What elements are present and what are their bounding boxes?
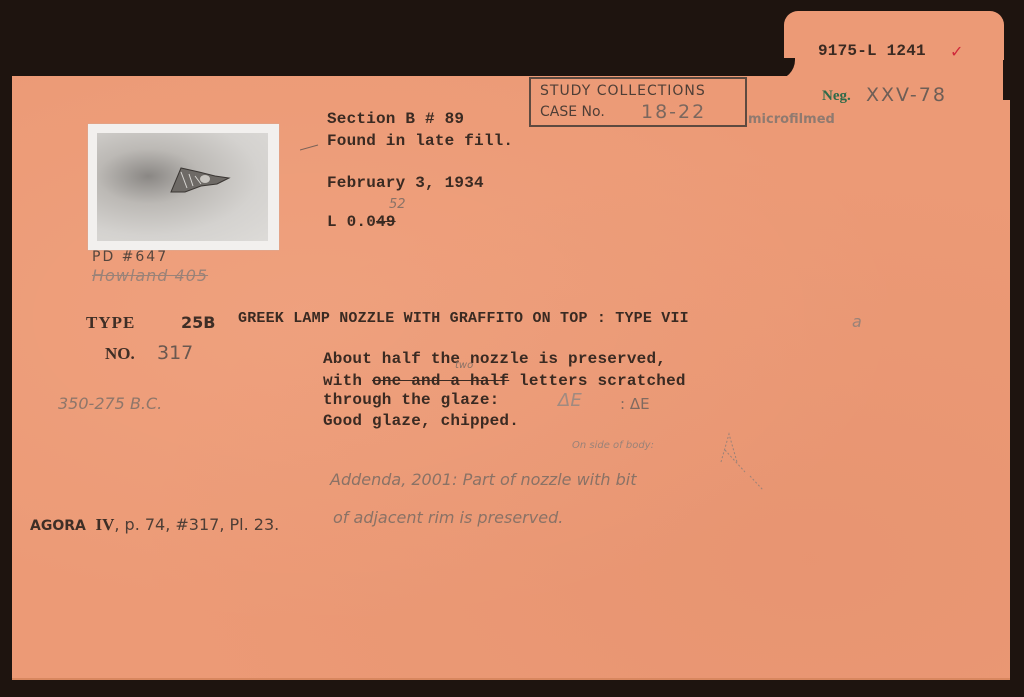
neg-label: Neg.	[822, 88, 851, 105]
desc-line2-a: with	[323, 372, 372, 390]
neg-number: XXV-78	[866, 84, 947, 106]
excavation-date: February 3, 1934	[327, 174, 484, 192]
insert-two: two	[455, 360, 473, 371]
desc-line2-b: letters scratched	[509, 372, 685, 390]
dimension-struck: 49	[376, 213, 396, 231]
description-line-2: with one and a half letters scratched	[323, 372, 686, 390]
object-title: GREEK LAMP NOZZLE WITH GRAFFITO ON TOP :…	[238, 310, 689, 327]
graffito-pointer-icon	[715, 432, 765, 492]
description-line-3: through the glaze:	[323, 391, 499, 409]
description-line-1: About half the nozzle is preserved,	[323, 350, 666, 368]
tab-cut	[1003, 60, 1024, 100]
addenda-line-2: of adjacent rim is preserved.	[333, 508, 563, 527]
stamp-case-label: CASE No.	[540, 104, 605, 120]
findspot: Found in late fill.	[327, 132, 513, 150]
dimension: L 0.049	[327, 213, 396, 231]
graffito-note: : ΔE	[620, 395, 650, 413]
object-photo	[88, 124, 279, 250]
section-number: Section B # 89	[327, 110, 464, 128]
study-collections-stamp: STUDY COLLECTIONS CASE No. 18-22	[529, 77, 747, 127]
pencil-mark-icon	[300, 142, 320, 152]
check-mark-icon: ✓	[950, 42, 963, 61]
no-label: NO.	[105, 344, 135, 364]
desc-line2-struck: one and a half	[372, 372, 509, 390]
type-value: 25B	[181, 313, 215, 332]
microfilmed-stamp: microfilmed	[748, 112, 835, 127]
catalog-number: 9175-L 1241	[818, 42, 926, 60]
addenda-line-1: Addenda, 2001: Part of nozzle with bit	[330, 470, 636, 489]
agora-page-ref: , p. 74, #317, Pl. 23.	[114, 515, 279, 534]
stamp-title: STUDY COLLECTIONS	[540, 83, 706, 99]
type-label: TYPE	[86, 313, 135, 333]
stamp-case-number: 18-22	[641, 101, 706, 123]
graffito-sketch: ΔE	[558, 390, 582, 411]
no-value: 317	[157, 342, 193, 364]
title-suffix: a	[852, 312, 862, 331]
dimension-prefix: L 0.0	[327, 213, 376, 231]
date-range: 350-275 B.C.	[58, 394, 162, 413]
agora-volume: IV	[95, 515, 114, 534]
description-line-4: Good glaze, chipped.	[323, 412, 519, 430]
desc-line1-a: About half	[323, 350, 421, 368]
dimension-correction: 52	[389, 197, 406, 212]
photo-pd-number: PD #647	[92, 249, 168, 265]
publication-reference: AGORA IV, p. 74, #317, Pl. 23.	[30, 515, 279, 535]
agora-label: AGORA	[30, 518, 86, 534]
photo-image	[97, 133, 268, 241]
side-note: On side of body:	[572, 440, 654, 451]
lamp-nozzle-fragment-icon	[165, 162, 231, 198]
photo-old-label: Howland 405	[92, 266, 208, 285]
